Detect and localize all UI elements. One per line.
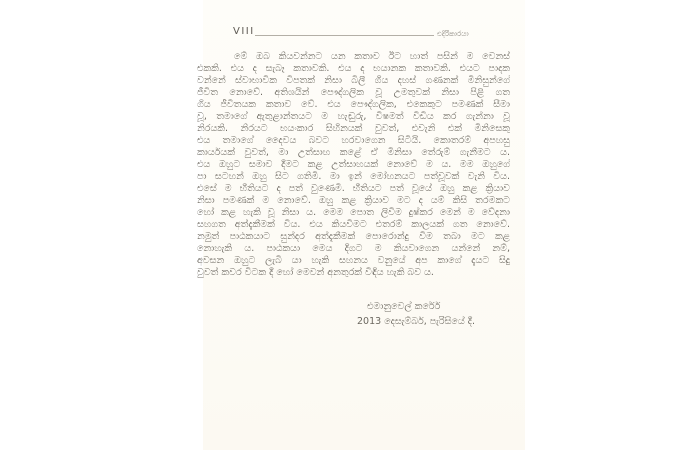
signature-date-place: 2013 දෙසැම්බර්, පැරිසියේ දී. bbox=[357, 314, 475, 329]
paragraph-line: සහගත අත්දැකීමක් විය. එය කියවීමට එතරම් කා… bbox=[197, 219, 510, 231]
running-header: VIII එදිරිකාරයා bbox=[233, 26, 518, 42]
paragraph-line: නිරයකි. නිරයට භයංකාර සිහිනයක් වුවත්, එවැ… bbox=[197, 123, 510, 135]
paragraph-line: නමුත් පාඨකයාට සුන්දර අත්දැකීමක් පොරොන්දු… bbox=[197, 231, 510, 243]
paragraph-line: වුවත් කවර විටක දී හෝ මෙවන් අනතුරක් විඳිය… bbox=[197, 267, 510, 279]
paragraph-line: වන්නේ ස්වාභාවික විපතක් නිසා බිලී ගිය දහස… bbox=[197, 75, 510, 87]
signature-block: එමානුවෙල් කරේර් 2013 දෙසැම්බර්, පැරිසියේ… bbox=[357, 299, 475, 329]
page-number: VIII bbox=[233, 26, 255, 37]
paragraph-line: නොහැකි ය. පාඨකයා මෙය දිගට ම කියවාගෙන යන්… bbox=[197, 243, 510, 255]
paragraph-line: කාර්යයක් වුවත්, මා උත්සාහ කළේ ඒ මිනිසා ත… bbox=[197, 147, 510, 159]
paragraph-line: එය තමාගේ දෛවය බවට හරවාගෙන සිටියි. කොතරම්… bbox=[197, 135, 510, 147]
paragraph-line: නිසා පමණක් ම නොවේ. ඔහු කළ ක්‍රියාව මට ද … bbox=[197, 195, 510, 207]
paragraph-line: වූ, තමාගේ ඇතුළාන්තයට ම හැඬුරු, විෂමත් වි… bbox=[197, 111, 510, 123]
paragraph-line: ජීවිත නොවේ. අතිශයින් පෞද්ගලික වූ උමතුවක්… bbox=[197, 87, 510, 99]
paragraph-line: එකකි. එය ද සැබෑ කතාවකි. එය ද භයානක කතාවක… bbox=[197, 63, 510, 75]
author-name: එමානුවෙල් කරේර් bbox=[357, 299, 475, 314]
paragraph-line: අවසන ඔහුට ලැබී යා හැකි සහනය වනුයේ අප කාග… bbox=[197, 255, 510, 267]
preface-paragraph: මේ ඔබ කියවන්නට යන කතාව ඊට හාත් පසින් ම ව… bbox=[197, 51, 510, 279]
paragraph-line: හෝ කළ හැකි වූ නිසා ය. මෙම පොත ලිවීම දුෂ්… bbox=[197, 207, 510, 219]
header-rule bbox=[255, 35, 434, 36]
running-title: එදිරිකාරයා bbox=[437, 30, 469, 39]
paragraph-line: මේ ඔබ කියවන්නට යන කතාව ඊට හාත් පසින් ම ව… bbox=[197, 51, 510, 63]
scanned-book-page: VIII එදිරිකාරයා මේ ඔබ කියවන්නට යන කතාව ඊ… bbox=[0, 0, 700, 450]
paragraph-line: ගිය ජීවිතයක කතාව වේ. එය පෞද්ගලික, එකෙකුට… bbox=[197, 99, 510, 111]
paragraph-line: පා සටහන් ඔහු සිට ගතිමි. මා ඉන් මෝහනයට පත… bbox=[197, 171, 510, 183]
paragraph-line: එය ඔහුට සමාව දීමට කළ උත්සාහයක් නොවේ ම ය.… bbox=[197, 159, 510, 171]
paragraph-line: එසේ ම භීතියට ද පත් වුණෙමි. භීතියට පත් වූ… bbox=[197, 183, 510, 195]
